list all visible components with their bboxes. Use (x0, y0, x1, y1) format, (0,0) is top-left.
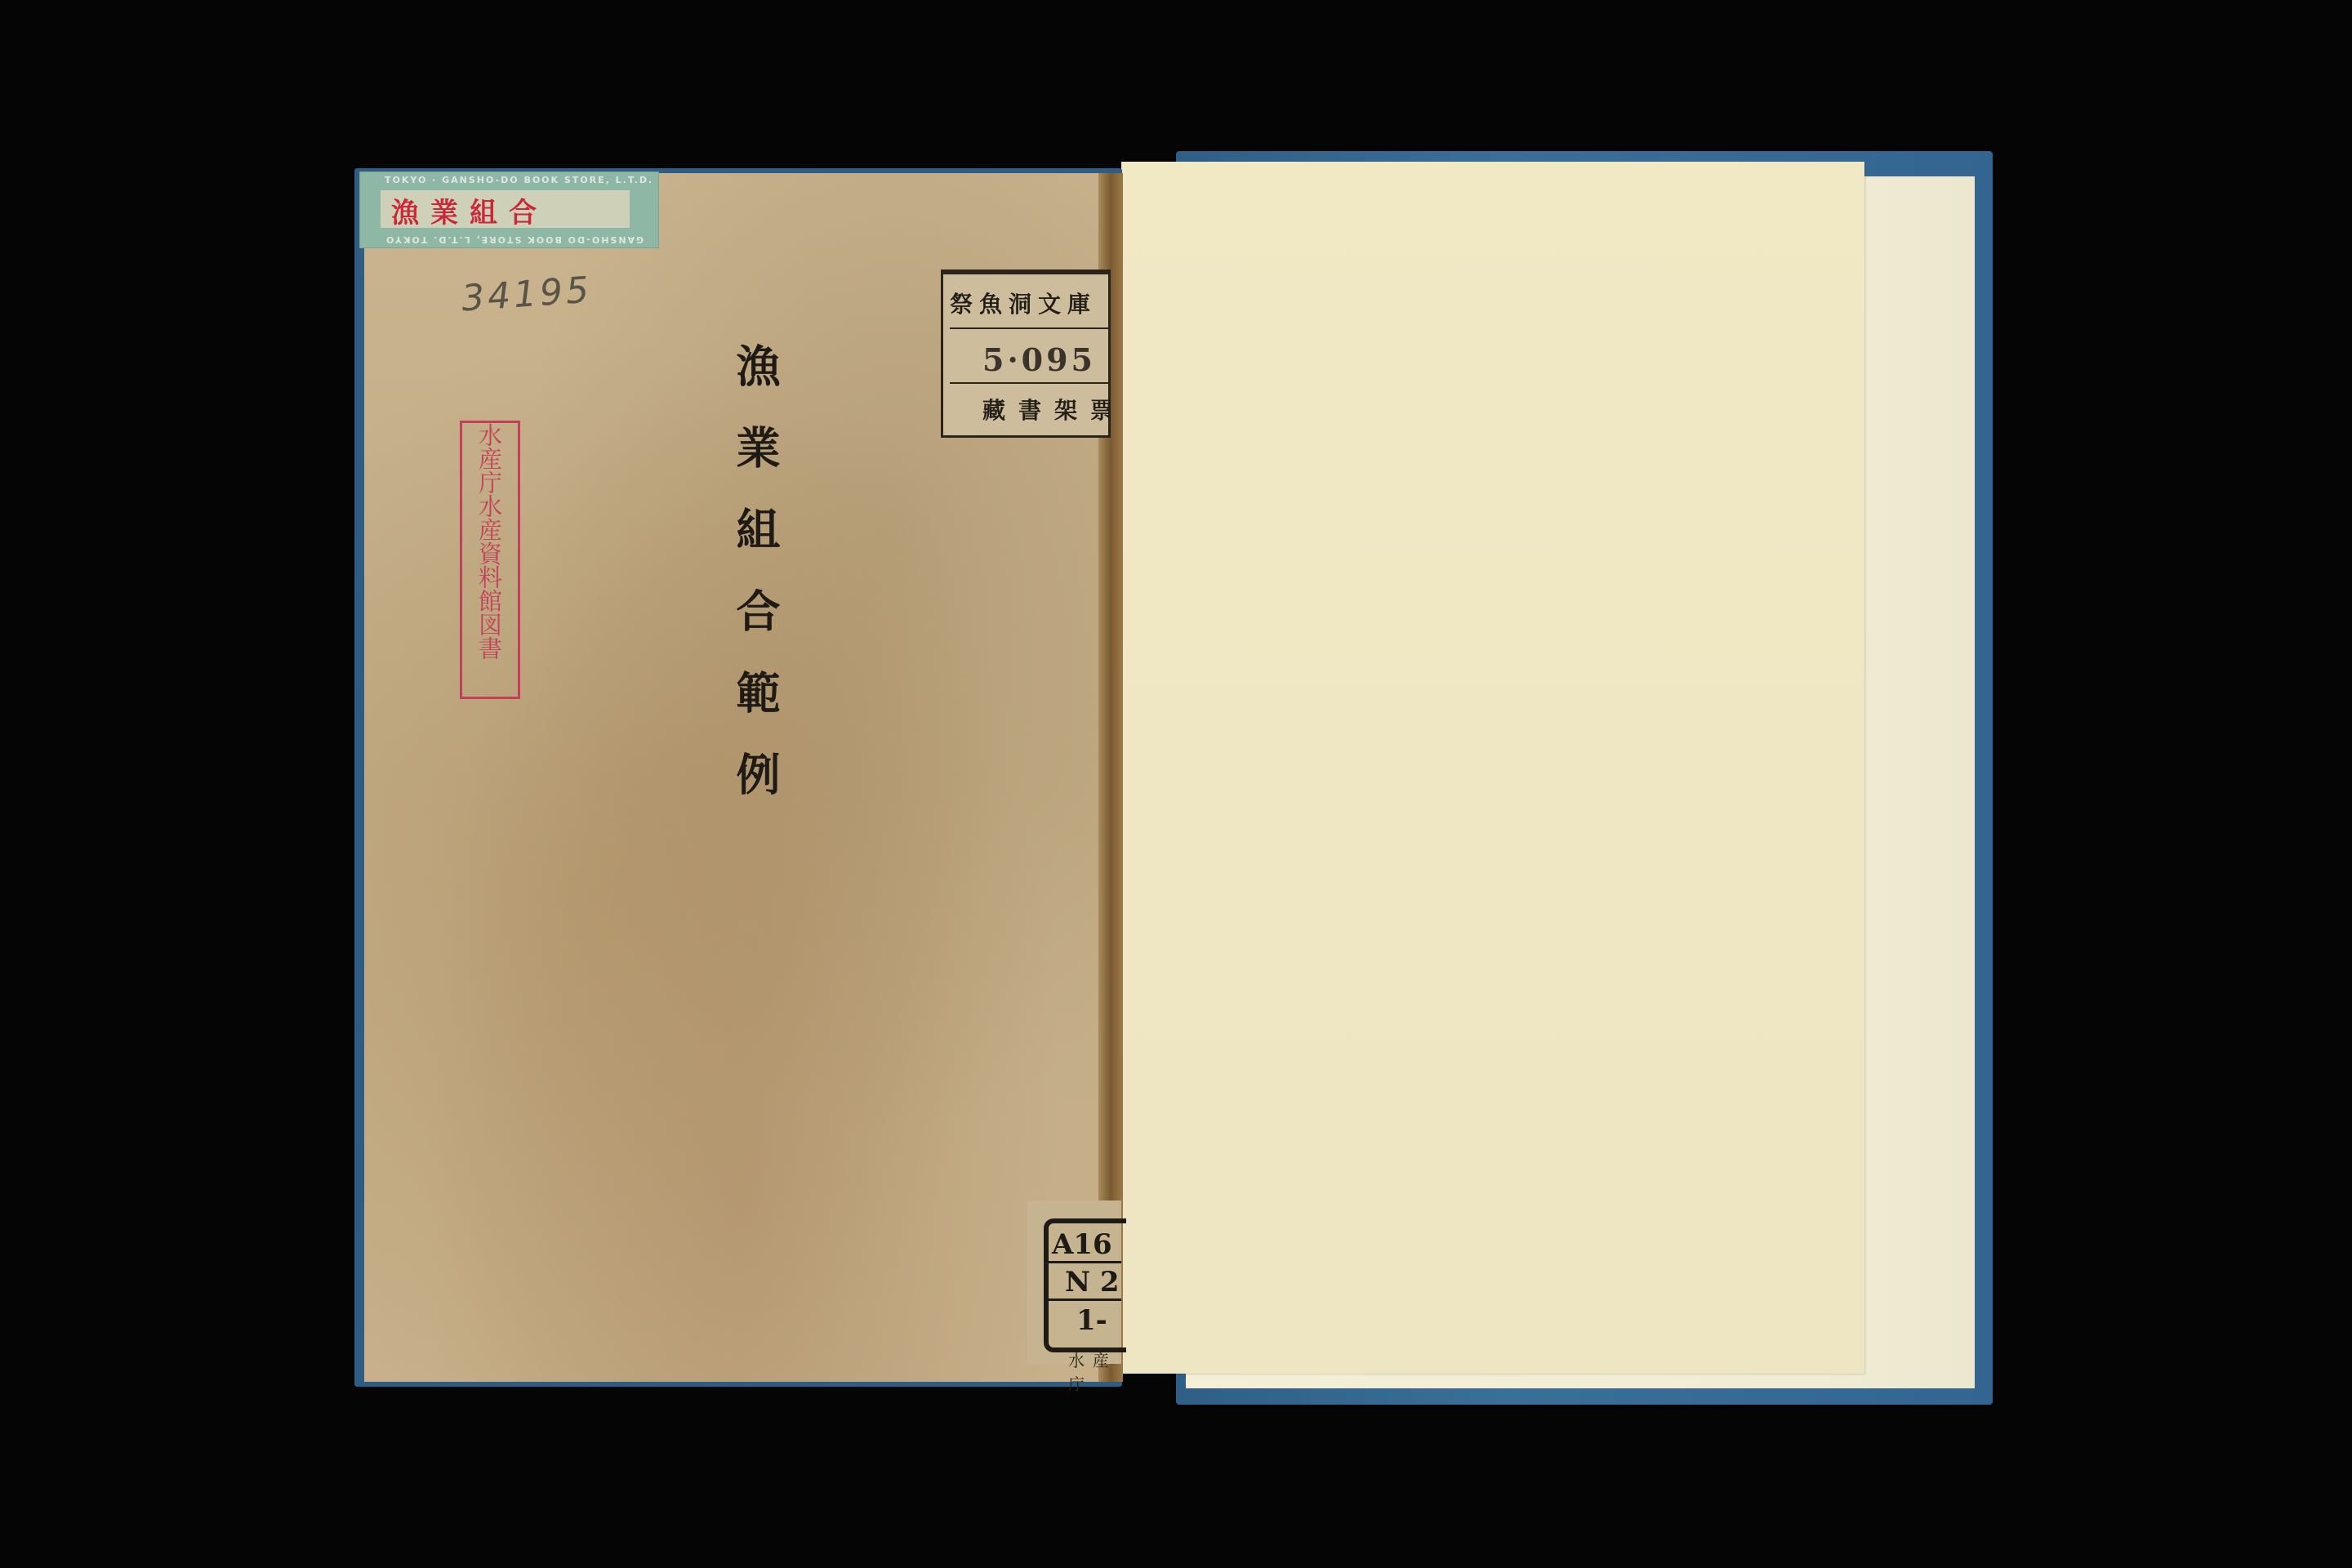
call-number-line3: 1- (1076, 1304, 1107, 1337)
library-bookplate-label: 祭魚洞文庫 5·095 藏書架票 (941, 269, 1111, 438)
bookplate-header: 祭魚洞文庫 (950, 287, 1111, 319)
bookplate-divider (950, 382, 1111, 384)
call-number-line2: N 2 (1065, 1266, 1120, 1298)
book-title: 漁業組合範例 (731, 343, 780, 833)
call-number-label: A16 N 2 1- 水産庁 (1027, 1200, 1121, 1364)
bookplate-divider (950, 327, 1111, 329)
bookplate-number: 5·095 (950, 341, 1111, 378)
call-number-divider (1049, 1261, 1121, 1263)
bookstore-label-border-top: TOKYO · GANSHO-DO BOOK STORE, L.T.D. (385, 175, 653, 185)
call-number-footer: 水産庁 (1068, 1347, 1121, 1395)
red-seal-text: 水産庁水産資料館図書 (464, 423, 514, 660)
library-red-seal: 水産庁水産資料館図書 (460, 421, 520, 699)
bookplate-footer: 藏書架票 (950, 393, 1111, 425)
endpaper-page (1121, 162, 1864, 1374)
call-number-line1: A16 (1052, 1228, 1112, 1261)
bookstore-label-border-bottom: GANSHO-DO BOOK STORE, L.T.D. TOKYO (385, 234, 644, 245)
call-number-divider (1049, 1298, 1121, 1301)
bookstore-label-title: 漁業組合 (391, 190, 548, 230)
bookstore-label: TOKYO · GANSHO-DO BOOK STORE, L.T.D. 漁業組… (359, 171, 659, 248)
